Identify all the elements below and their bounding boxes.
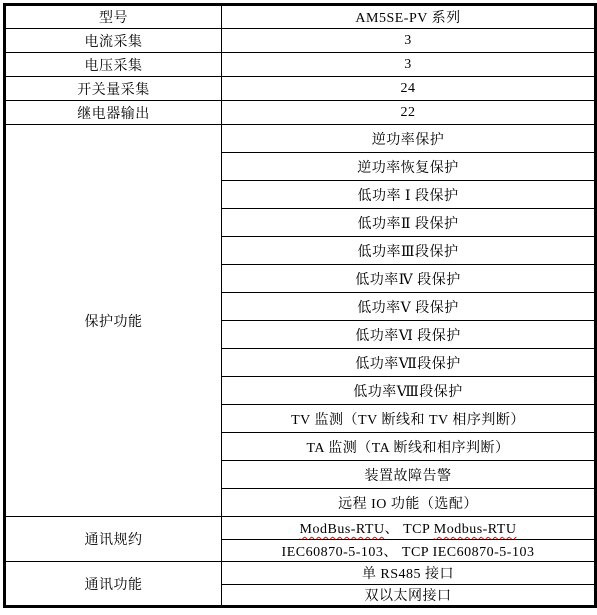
label-protection-functions: 保护功能 xyxy=(5,125,222,517)
protection-item: 低功率Ⅴ 段保护 xyxy=(222,293,596,321)
protocol-item-modbus: ModBus-RTU、 TCP Modbus-RTU xyxy=(222,517,596,540)
protocol-modbus-rtu: ModBus-RTU xyxy=(300,522,385,537)
protocol-item-iec: IEC60870-5-103、 TCP IEC60870-5-103 xyxy=(222,540,596,562)
protection-item: TA 监测（TA 断线和相序判断） xyxy=(222,433,596,461)
protection-item: 低功率Ⅶ段保护 xyxy=(222,349,596,377)
label-current-sampling: 电流采集 xyxy=(5,29,222,53)
table-row: 通讯规约 ModBus-RTU、 TCP Modbus-RTU xyxy=(5,517,596,540)
protection-item: 远程 IO 功能（选配） xyxy=(222,489,596,517)
table-row: 继电器输出 22 xyxy=(5,101,596,125)
protection-item: 装置故障告警 xyxy=(222,461,596,489)
protection-item: 低功率 Ⅰ 段保护 xyxy=(222,181,596,209)
label-comm-protocol: 通讯规约 xyxy=(5,517,222,562)
table-row: 电流采集 3 xyxy=(5,29,596,53)
table-row: 型号 AM5SE-PV 系列 xyxy=(5,5,596,29)
comm-item-rs485: 单 RS485 接口 xyxy=(222,562,596,585)
label-model: 型号 xyxy=(5,5,222,29)
comm-item-ethernet: 双以太网接口 xyxy=(222,585,596,607)
protocol-tcp-modbus-rtu: Modbus-RTU xyxy=(434,522,517,537)
value-model: AM5SE-PV 系列 xyxy=(222,5,596,29)
label-voltage-sampling: 电压采集 xyxy=(5,53,222,77)
spec-table: 型号 AM5SE-PV 系列 电流采集 3 电压采集 3 开关量采集 24 继电… xyxy=(3,3,597,608)
protection-item: 低功率Ⅵ 段保护 xyxy=(222,321,596,349)
table-row: 保护功能 逆功率保护 xyxy=(5,125,596,153)
table-row: 通讯功能 单 RS485 接口 xyxy=(5,562,596,585)
protection-item: 低功率Ⅲ段保护 xyxy=(222,237,596,265)
value-current-sampling: 3 xyxy=(222,29,596,53)
protection-item: 低功率Ⅱ 段保护 xyxy=(222,209,596,237)
label-switch-input-sampling: 开关量采集 xyxy=(5,77,222,101)
table-row: 电压采集 3 xyxy=(5,53,596,77)
protection-item: 低功率Ⅷ段保护 xyxy=(222,377,596,405)
label-comm-function: 通讯功能 xyxy=(5,562,222,607)
protection-item: 逆功率保护 xyxy=(222,125,596,153)
value-voltage-sampling: 3 xyxy=(222,53,596,77)
protection-item: TV 监测（TV 断线和 TV 相序判断） xyxy=(222,405,596,433)
value-switch-input-sampling: 24 xyxy=(222,77,596,101)
value-relay-output: 22 xyxy=(222,101,596,125)
label-relay-output: 继电器输出 xyxy=(5,101,222,125)
protocol-separator: 、 TCP xyxy=(385,522,434,537)
document-page: 型号 AM5SE-PV 系列 电流采集 3 电压采集 3 开关量采集 24 继电… xyxy=(0,0,597,615)
protection-item: 逆功率恢复保护 xyxy=(222,153,596,181)
table-row: 开关量采集 24 xyxy=(5,77,596,101)
protection-item: 低功率Ⅳ 段保护 xyxy=(222,265,596,293)
